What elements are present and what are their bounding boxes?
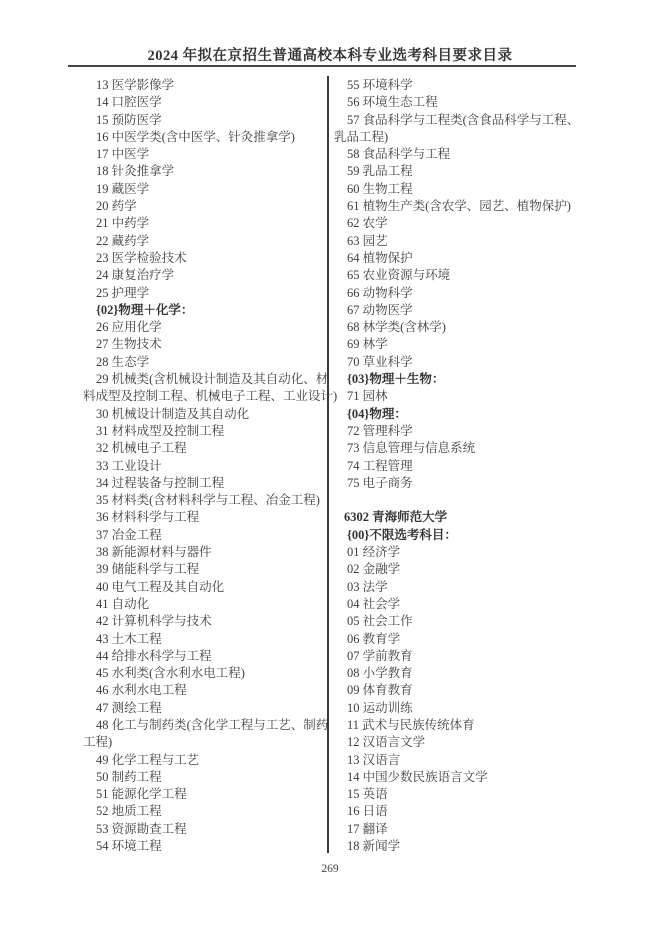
major-list-line: 42 计算机科学与技术 bbox=[83, 613, 327, 630]
major-list-line: 48 化工与制药类(含化学工程与工艺、制药 bbox=[83, 717, 327, 734]
major-list-line: 31 材料成型及控制工程 bbox=[83, 423, 327, 440]
major-list-line: 41 自动化 bbox=[83, 596, 327, 613]
major-list-line: 13 汉语言 bbox=[334, 752, 576, 769]
major-list-line: 20 药学 bbox=[83, 198, 327, 215]
major-list-line: 73 信息管理与信息系统 bbox=[334, 440, 576, 457]
major-list-line: 12 汉语言文学 bbox=[334, 734, 576, 751]
major-list-line: 69 林学 bbox=[334, 336, 576, 353]
document-page: 2024 年拟在京招生普通高校本科专业选考科目要求目录 13 医学影像学14 口… bbox=[0, 0, 660, 933]
major-list-line: 56 环境生态工程 bbox=[334, 94, 576, 111]
major-list-line: 13 医学影像学 bbox=[83, 77, 327, 94]
major-list-line: 30 机械设计制造及其自动化 bbox=[83, 406, 327, 423]
major-list-line: 34 过程装备与控制工程 bbox=[83, 475, 327, 492]
major-list-line: 49 化学工程与工艺 bbox=[83, 752, 327, 769]
page-title: 2024 年拟在京招生普通高校本科专业选考科目要求目录 bbox=[0, 44, 660, 65]
major-list-line: 75 电子商务 bbox=[334, 475, 576, 492]
major-list-line: 03 法学 bbox=[334, 579, 576, 596]
major-list-line: 37 冶金工程 bbox=[83, 527, 327, 544]
major-list-line: 52 地质工程 bbox=[83, 803, 327, 820]
major-list-line: 09 体育教育 bbox=[334, 682, 576, 699]
major-list-line: 33 工业设计 bbox=[83, 458, 327, 475]
major-list-line: 71 园林 bbox=[334, 388, 576, 405]
major-list-line: 26 应用化学 bbox=[83, 319, 327, 336]
major-list-line: 46 水利水电工程 bbox=[83, 682, 327, 699]
right-column: 55 环境科学56 环境生态工程57 食品科学与工程类(含食品科学与工程、乳品工… bbox=[334, 77, 576, 855]
major-list-line: 55 环境科学 bbox=[334, 77, 576, 94]
major-list-line: 15 预防医学 bbox=[83, 112, 327, 129]
major-list-line: 70 草业科学 bbox=[334, 354, 576, 371]
subject-requirement-heading: {04}物理： bbox=[334, 406, 576, 423]
subject-requirement-heading: {02}物理＋化学： bbox=[83, 302, 327, 319]
major-list-line: 57 食品科学与工程类(含食品科学与工程、 bbox=[334, 112, 576, 129]
major-list-line: 74 工程管理 bbox=[334, 458, 576, 475]
major-list-line: 32 机械电子工程 bbox=[83, 440, 327, 457]
major-list-line: 40 电气工程及其自动化 bbox=[83, 579, 327, 596]
major-list-line: 58 食品科学与工程 bbox=[334, 146, 576, 163]
major-list-line: 14 口腔医学 bbox=[83, 94, 327, 111]
major-list-line: 25 护理学 bbox=[83, 285, 327, 302]
major-list-line-continuation: 乳品工程) bbox=[334, 129, 576, 146]
major-list-line: 62 农学 bbox=[334, 215, 576, 232]
page-number: 269 bbox=[0, 863, 660, 875]
subject-requirement-heading: {03}物理＋生物： bbox=[334, 371, 576, 388]
major-list-line: 59 乳品工程 bbox=[334, 163, 576, 180]
major-list-line: 01 经济学 bbox=[334, 544, 576, 561]
major-list-line: 27 生物技术 bbox=[83, 336, 327, 353]
major-list-line: 65 农业资源与环境 bbox=[334, 267, 576, 284]
major-list-line: 29 机械类(含机械设计制造及其自动化、材 bbox=[83, 371, 327, 388]
major-list-line: 64 植物保护 bbox=[334, 250, 576, 267]
major-list-line: 08 小学教育 bbox=[334, 665, 576, 682]
major-list-line: 63 园艺 bbox=[334, 233, 576, 250]
major-list-line: 18 新闻学 bbox=[334, 838, 576, 855]
major-list-line: 17 中医学 bbox=[83, 146, 327, 163]
major-list-line: 07 学前教育 bbox=[334, 648, 576, 665]
major-list-line: 44 给排水科学与工程 bbox=[83, 648, 327, 665]
major-list-line: 18 针灸推拿学 bbox=[83, 163, 327, 180]
major-list-line: 19 藏医学 bbox=[83, 181, 327, 198]
major-list-line: 11 武术与民族传统体育 bbox=[334, 717, 576, 734]
major-list-line: 45 水利类(含水利水电工程) bbox=[83, 665, 327, 682]
major-list-line: 16 日语 bbox=[334, 803, 576, 820]
major-list-line: 68 林学类(含林学) bbox=[334, 319, 576, 336]
major-list-line: 02 金融学 bbox=[334, 561, 576, 578]
blank-line bbox=[334, 492, 576, 509]
major-list-line: 47 测绘工程 bbox=[83, 700, 327, 717]
major-list-line: 06 教育学 bbox=[334, 631, 576, 648]
major-list-line-continuation: 料成型及控制工程、机械电子工程、工业设计) bbox=[83, 388, 327, 405]
major-list-line: 53 资源勘查工程 bbox=[83, 821, 327, 838]
major-list-line: 16 中医学类(含中医学、针灸推拿学) bbox=[83, 129, 327, 146]
major-list-line: 50 制药工程 bbox=[83, 769, 327, 786]
major-list-line: 10 运动训练 bbox=[334, 700, 576, 717]
major-list-line-continuation: 工程) bbox=[83, 734, 327, 751]
major-list-line: 15 英语 bbox=[334, 786, 576, 803]
major-list-line: 22 藏药学 bbox=[83, 233, 327, 250]
university-heading: 6302 青海师范大学 bbox=[334, 509, 576, 526]
subject-requirement-heading: {00}不限选考科目： bbox=[334, 527, 576, 544]
major-list-line: 43 土木工程 bbox=[83, 631, 327, 648]
major-list-line: 14 中国少数民族语言文学 bbox=[334, 769, 576, 786]
major-list-line: 21 中药学 bbox=[83, 215, 327, 232]
major-list-line: 17 翻译 bbox=[334, 821, 576, 838]
major-list-line: 38 新能源材料与器件 bbox=[83, 544, 327, 561]
title-rule bbox=[68, 65, 576, 67]
column-divider bbox=[327, 76, 329, 853]
major-list-line: 67 动物医学 bbox=[334, 302, 576, 319]
left-column: 13 医学影像学14 口腔医学15 预防医学16 中医学类(含中医学、针灸推拿学… bbox=[83, 77, 327, 855]
major-list-line: 39 储能科学与工程 bbox=[83, 561, 327, 578]
major-list-line: 24 康复治疗学 bbox=[83, 267, 327, 284]
major-list-line: 23 医学检验技术 bbox=[83, 250, 327, 267]
major-list-line: 05 社会工作 bbox=[334, 613, 576, 630]
major-list-line: 60 生物工程 bbox=[334, 181, 576, 198]
major-list-line: 28 生态学 bbox=[83, 354, 327, 371]
major-list-line: 35 材料类(含材料科学与工程、冶金工程) bbox=[83, 492, 327, 509]
major-list-line: 72 管理科学 bbox=[334, 423, 576, 440]
major-list-line: 51 能源化学工程 bbox=[83, 786, 327, 803]
major-list-line: 04 社会学 bbox=[334, 596, 576, 613]
major-list-line: 36 材料科学与工程 bbox=[83, 509, 327, 526]
major-list-line: 66 动物科学 bbox=[334, 285, 576, 302]
major-list-line: 54 环境工程 bbox=[83, 838, 327, 855]
major-list-line: 61 植物生产类(含农学、园艺、植物保护) bbox=[334, 198, 576, 215]
